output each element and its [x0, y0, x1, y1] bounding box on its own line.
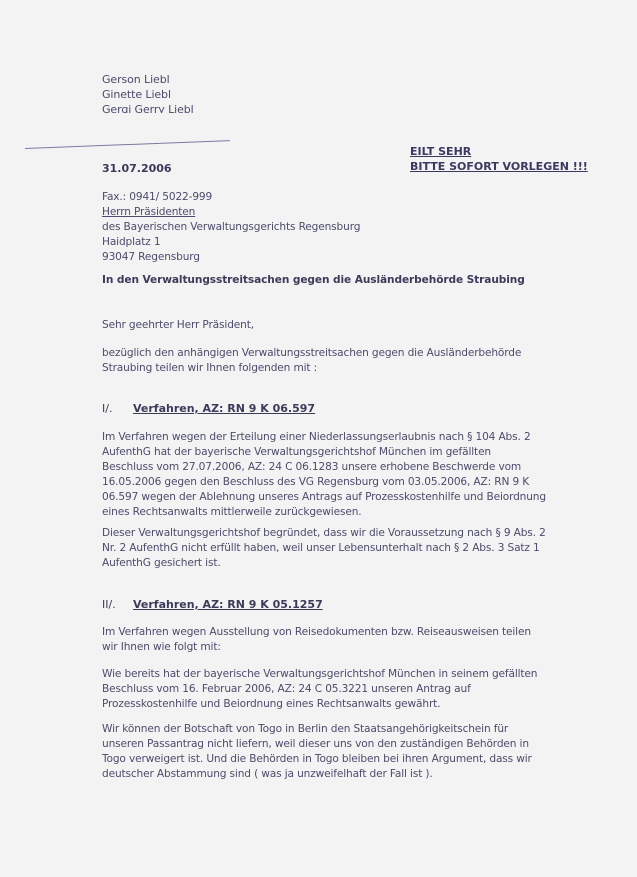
letter-date: 31.07.2006 [102, 162, 172, 175]
city: 93047 Regensburg [102, 250, 360, 265]
text-line: eines Rechtsanwalts mittlerweile zurückg… [102, 505, 546, 520]
section-number: II/. [102, 598, 133, 611]
text-line: unseren Passantrag nicht liefern, weil d… [102, 737, 532, 752]
text-line: Dieser Verwaltungsgerichtshof begründet,… [102, 526, 546, 541]
urgent-notice: EILT SEHR BITTE SOFORT VORLEGEN !!! [410, 144, 588, 174]
section-2-paragraph-3: Wir können der Botschaft von Togo in Ber… [102, 722, 532, 782]
cut-line-divider [25, 140, 230, 149]
section-heading-2: II/.Verfahren, AZ: RN 9 K 05.1257 [102, 598, 323, 611]
sender-name: Gerson Liebl [102, 72, 194, 87]
sender-name: Gergi Gerry Liebl [102, 102, 194, 113]
text-line: Wir können der Botschaft von Togo in Ber… [102, 722, 532, 737]
text-line: Im Verfahren wegen der Erteilung einer N… [102, 430, 546, 445]
text-line: 16.05.2006 gegen den Beschluss des VG Re… [102, 475, 546, 490]
text-line: Wie bereits hat der bayerische Verwaltun… [102, 667, 537, 682]
section-number: I/. [102, 402, 133, 415]
text-line: wir Ihnen wie folgt mit: [102, 640, 531, 655]
text-line: Nr. 2 AufenthG nicht erfüllt haben, weil… [102, 541, 546, 556]
section-1-paragraph-2: Dieser Verwaltungsgerichtshof begründet,… [102, 526, 546, 571]
fax-number: Fax.: 0941/ 5022-999 [102, 190, 360, 205]
street: Haidplatz 1 [102, 235, 360, 250]
text-line: Prozesskostenhilfe und Beiordnung eines … [102, 697, 537, 712]
salutation: Sehr geehrter Herr Präsident, [102, 318, 254, 333]
text-line: Togo verweigert ist. Und die Behörden in… [102, 752, 532, 767]
addressee: Herrn Präsidenten [102, 205, 360, 220]
text-line: AufenthG gesichert ist. [102, 556, 546, 571]
text-line: 06.597 wegen der Ablehnung unseres Antra… [102, 490, 546, 505]
text-line: Beschluss vom 16. Februar 2006, AZ: 24 C… [102, 682, 537, 697]
section-2-paragraph-1: Im Verfahren wegen Ausstellung von Reise… [102, 625, 531, 655]
sender-name: Ginette Liebl [102, 87, 194, 102]
section-heading-1: I/.Verfahren, AZ: RN 9 K 06.597 [102, 402, 315, 415]
text-line: Straubing teilen wir Ihnen folgenden mit… [102, 361, 521, 376]
letter-page: Gerson Liebl Ginette Liebl Gergi Gerry L… [0, 0, 637, 877]
intro-paragraph: bezüglich den anhängigen Verwaltungsstre… [102, 346, 521, 376]
subject-line: In den Verwaltungsstreitsachen gegen die… [102, 274, 525, 286]
sender-block: Gerson Liebl Ginette Liebl Gergi Gerry L… [102, 72, 194, 113]
section-2-paragraph-2: Wie bereits hat der bayerische Verwaltun… [102, 667, 537, 712]
urgent-line-1: EILT SEHR [410, 144, 588, 159]
text-line: bezüglich den anhängigen Verwaltungsstre… [102, 346, 521, 361]
text-line: Beschluss vom 27.07.2006, AZ: 24 C 06.12… [102, 460, 546, 475]
recipient-address: Fax.: 0941/ 5022-999 Herrn Präsidenten d… [102, 190, 360, 265]
section-title: Verfahren, AZ: RN 9 K 05.1257 [133, 598, 323, 611]
text-line: deutscher Abstammung sind ( was ja unzwe… [102, 767, 532, 782]
text-line: AufenthG hat der bayerische Verwaltungsg… [102, 445, 546, 460]
section-title: Verfahren, AZ: RN 9 K 06.597 [133, 402, 315, 415]
institution: des Bayerischen Verwaltungsgerichts Rege… [102, 220, 360, 235]
text-line: Im Verfahren wegen Ausstellung von Reise… [102, 625, 531, 640]
urgent-line-2: BITTE SOFORT VORLEGEN !!! [410, 159, 588, 174]
section-1-paragraph-1: Im Verfahren wegen der Erteilung einer N… [102, 430, 546, 520]
